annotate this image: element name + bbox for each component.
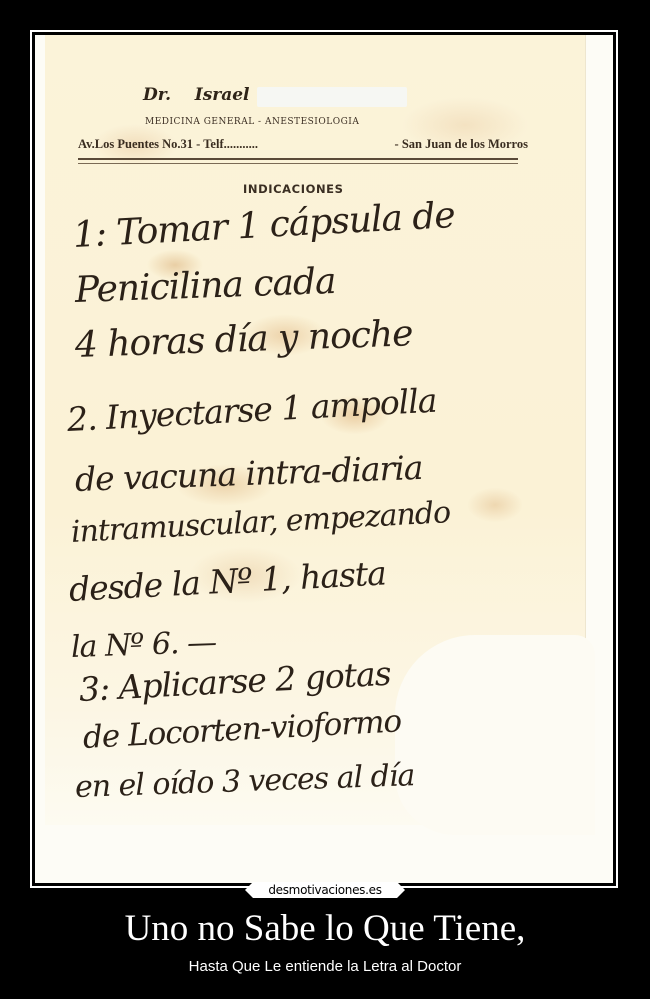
handwritten-line: Penicilina cada (74, 261, 336, 311)
section-heading: INDICACIONES (243, 182, 344, 196)
prescription-paper: Dr. Israel MEDICINA GENERAL - ANESTESIOL… (45, 35, 586, 825)
letterhead-rule (78, 158, 518, 160)
prescription-photo: Dr. Israel MEDICINA GENERAL - ANESTESIOL… (35, 35, 613, 883)
address: Av.Los Puentes No.31 - Telf. (78, 137, 227, 151)
handwritten-line: en el oído 3 veces al día (74, 758, 414, 805)
handwritten-line: intramuscular, empezando (70, 495, 451, 550)
handwritten-line: desde la Nº 1, hasta (68, 553, 387, 609)
poster-title: Uno no Sabe lo Que Tiene, (0, 905, 650, 953)
phone-blank: .......... (227, 137, 258, 151)
letterhead-rule-thin (78, 163, 518, 164)
poster-frame: Dr. Israel MEDICINA GENERAL - ANESTESIOL… (30, 30, 618, 888)
torn-corner (395, 635, 595, 835)
doctor-name: Dr. Israel (143, 85, 250, 105)
brand-link[interactable]: desmotivaciones.es (245, 882, 405, 898)
doctor-prefix: Dr. (143, 85, 171, 105)
handwritten-line: 1: Tomar 1 cápsula de (72, 195, 456, 256)
specialties: MEDICINA GENERAL - ANESTESIOLOGIA (145, 117, 359, 127)
brand-banner: desmotivaciones.es (0, 882, 650, 898)
handwritten-line: de Locorten-vioformo (82, 703, 402, 756)
handwritten-line: la Nº 6. — (70, 625, 216, 665)
poster-subtitle: Hasta Que Le entiende la Letra al Doctor (0, 957, 650, 977)
handwritten-line: 4 horas día y noche (74, 313, 413, 366)
handwritten-line: 2. Inyectarse 1 ampolla (66, 381, 437, 439)
doctor-first-name: Israel (195, 85, 250, 105)
address-line: Av.Los Puentes No.31 - Telf........... -… (78, 137, 528, 152)
redacted-surname (257, 87, 407, 107)
city: - San Juan de los Morros (395, 137, 528, 152)
handwritten-line: de vacuna intra-diaria (74, 448, 423, 499)
